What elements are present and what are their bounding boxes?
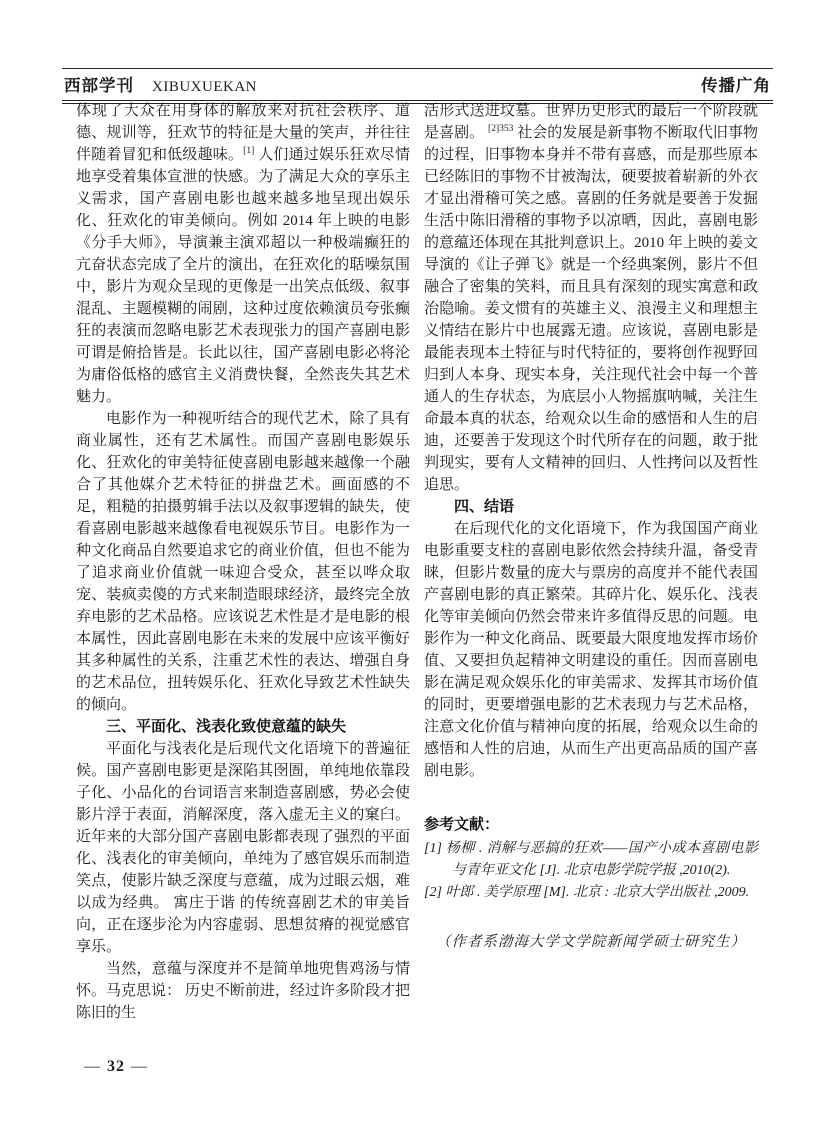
paragraph-text: 社会的发展是新事物不断取代旧事物的过程，旧事物本身并不带有喜感，而是那些原本已经… xyxy=(424,125,758,493)
citation-superscript-2: [2]353 xyxy=(488,124,513,134)
journal-name-pinyin: XIBUXUEKAN xyxy=(152,79,257,95)
left-column: 体现了大众在用身体的解放来对抗社会秩序、道德、规训等，狂欢节的特征是大量的笑声，… xyxy=(76,100,410,1024)
footer-dash-right: — xyxy=(131,1058,148,1075)
paragraph: 平面化与浅表化是后现代文化语境下的普遍征候。国产喜剧电影更是深陷其囹圄，单纯地依… xyxy=(76,738,410,958)
journal-title: 西部学刊 XIBUXUEKAN xyxy=(64,72,257,96)
page-footer: —32— xyxy=(84,1058,148,1076)
right-column: 活形式送进坟墓。世界历史形式的最后一个阶段就是喜剧。 [2]353 社会的发展是… xyxy=(424,100,758,1024)
reference-item: [1] 杨柳 . 消解与恶搞的狂欢——国产小成本喜剧电影与青年亚文化 [J]. … xyxy=(424,838,758,882)
author-note: （作者系渤海大学文学院新闻学硕士研究生） xyxy=(424,930,758,951)
article-body: 体现了大众在用身体的解放来对抗社会秩序、道德、规训等，狂欢节的特征是大量的笑声，… xyxy=(76,100,758,1024)
reference-item: [2] 叶郎 . 美学原理 [M]. 北京 : 北京大学出版社 ,2009. xyxy=(424,882,758,904)
section-label: 传播广角 xyxy=(701,72,771,96)
paragraph-continued: 体现了大众在用身体的解放来对抗社会秩序、道德、规训等，狂欢节的特征是大量的笑声，… xyxy=(76,100,410,408)
page-number: 32 xyxy=(101,1058,131,1075)
paragraph: 当然，意蕴与深度并不是简单地兜售鸡汤与情怀。马克思说： 历史不断前进，经过许多阶… xyxy=(76,958,410,1024)
footer-dash-left: — xyxy=(84,1058,101,1075)
paragraph: 在后现代化的文化语境下，作为我国国产商业电影重要支柱的喜剧电影依然会持续升温，备… xyxy=(424,518,758,782)
citation-superscript-1: [1] xyxy=(243,146,254,156)
journal-name-chinese: 西部学刊 xyxy=(64,77,134,95)
paragraph: 电影作为一种视听结合的现代艺术，除了具有商业属性，还有艺术属性。而国产喜剧电影娱… xyxy=(76,408,410,716)
paragraph-continued: 活形式送进坟墓。世界历史形式的最后一个阶段就是喜剧。 [2]353 社会的发展是… xyxy=(424,100,758,496)
references-title: 参考文献： xyxy=(424,814,758,836)
page-header: 西部学刊 XIBUXUEKAN 传播广角 xyxy=(62,68,773,104)
references-list: [1] 杨柳 . 消解与恶搞的狂欢——国产小成本喜剧电影与青年亚文化 [J]. … xyxy=(424,838,758,904)
section-heading-4: 四、结语 xyxy=(424,496,758,518)
paragraph-text: 人们通过娱乐狂欢尽情地享受着集体宣泄的快感。为了满足大众的享乐主义需求，国产喜剧… xyxy=(76,147,410,405)
section-heading-3: 三、平面化、浅表化致使意蕴的缺失 xyxy=(76,716,410,738)
